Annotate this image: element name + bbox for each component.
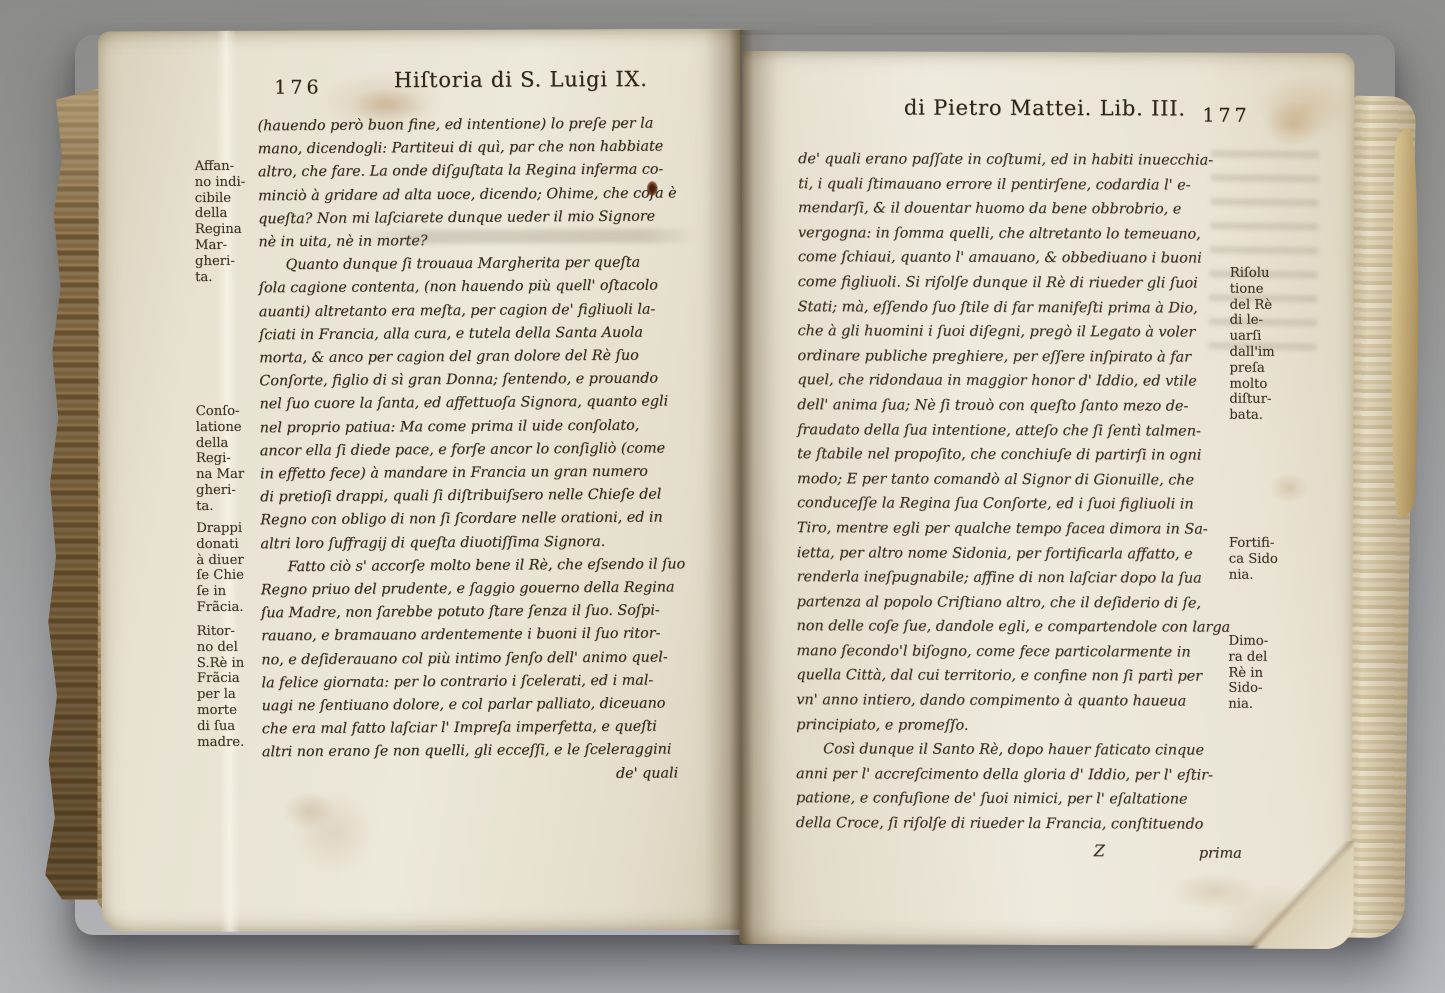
page-number-left: 176 [274,76,322,98]
paragraph: de' quali erano paſſate in coſtumi, ed i… [796,147,1250,739]
paragraph: Così dunque il Santo Rè, dopo hauer fati… [796,737,1248,837]
margin-notes-left: Affan- no indi- cibile della Regina Mar-… [98,29,740,32]
foxing-stain [1170,872,1260,910]
catchword-left: de' quali [262,762,720,788]
page-text-left: (hauendo però buon fine, ed intentione) … [258,112,721,788]
running-title-left: Hiſtoria di S. Luigi IX. [348,67,693,93]
signature-mark: Z [1094,839,1105,864]
foxing-stain [281,790,336,830]
left-page: 176 Hiſtoria di S. Luigi IX. Affan- no i… [98,29,744,933]
signature-line: Z prima [796,836,1248,868]
page-number-right: 177 [1202,105,1250,127]
foxing-stain [1262,101,1322,147]
catchword-right: prima [1199,841,1242,866]
foxing-stain [1269,473,1309,503]
running-title-right: di Pietro Mattei. Lib. III. [867,95,1222,120]
paragraph: Fatto ciò s' accorſe molto bene il Rè, c… [261,553,720,765]
photo-background: 176 Hiſtoria di S. Luigi IX. Affan- no i… [0,0,1445,993]
page-text-right: de' quali erano paſſate in coſtumi, ed i… [796,147,1251,867]
paragraph: (hauendo però buon fine, ed intentione) … [258,112,717,254]
margin-note: Drappi donati à diuer ſe Chie ſe in Frãc… [196,521,270,616]
paragraph: Quanto dunque ſi trouaua Margherita per … [258,251,718,556]
margin-note: Ritor- no del S.Rè in Frãcia per la mort… [197,624,272,751]
right-page: di Pietro Mattei. Lib. III. 177 Riſolu t… [739,51,1354,946]
